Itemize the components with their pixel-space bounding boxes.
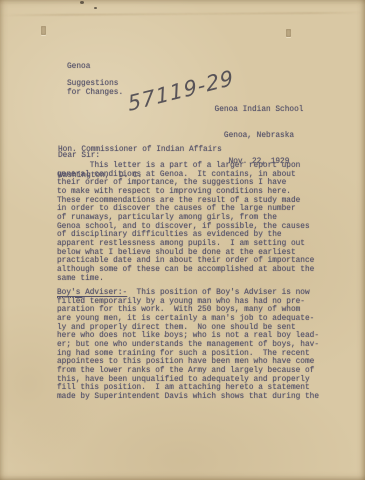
section-text-start: This position of Boy's Adviser is now bbox=[127, 289, 309, 297]
letterhead-school-name: Genoa Indian School bbox=[206, 106, 312, 115]
letter-page: Genoa Suggestions for Changes. 57119-29 … bbox=[0, 0, 365, 480]
staple-mark bbox=[41, 26, 46, 35]
subject-label: Suggestions for Changes. bbox=[67, 80, 123, 97]
paper-speck bbox=[80, 1, 84, 4]
salutation: Dear Sir: bbox=[58, 152, 100, 161]
location-label: Genoa bbox=[67, 63, 90, 72]
letterhead-place: Genoa, Nebraska bbox=[206, 132, 312, 141]
paper-crease bbox=[0, 12, 365, 17]
section-heading: Boy's Adviser:- bbox=[57, 289, 127, 297]
section-text-rest: temporarily by a young man who has had n… bbox=[57, 298, 319, 401]
staple-mark bbox=[286, 29, 291, 37]
body-paragraph-1: This letter is a part of a larger report… bbox=[57, 162, 329, 283]
body-paragraph-2: Boy's Adviser:- This position of Boy's A… bbox=[57, 289, 331, 402]
overstruck-word: filled bbox=[57, 298, 85, 306]
paper-speck bbox=[94, 7, 97, 9]
